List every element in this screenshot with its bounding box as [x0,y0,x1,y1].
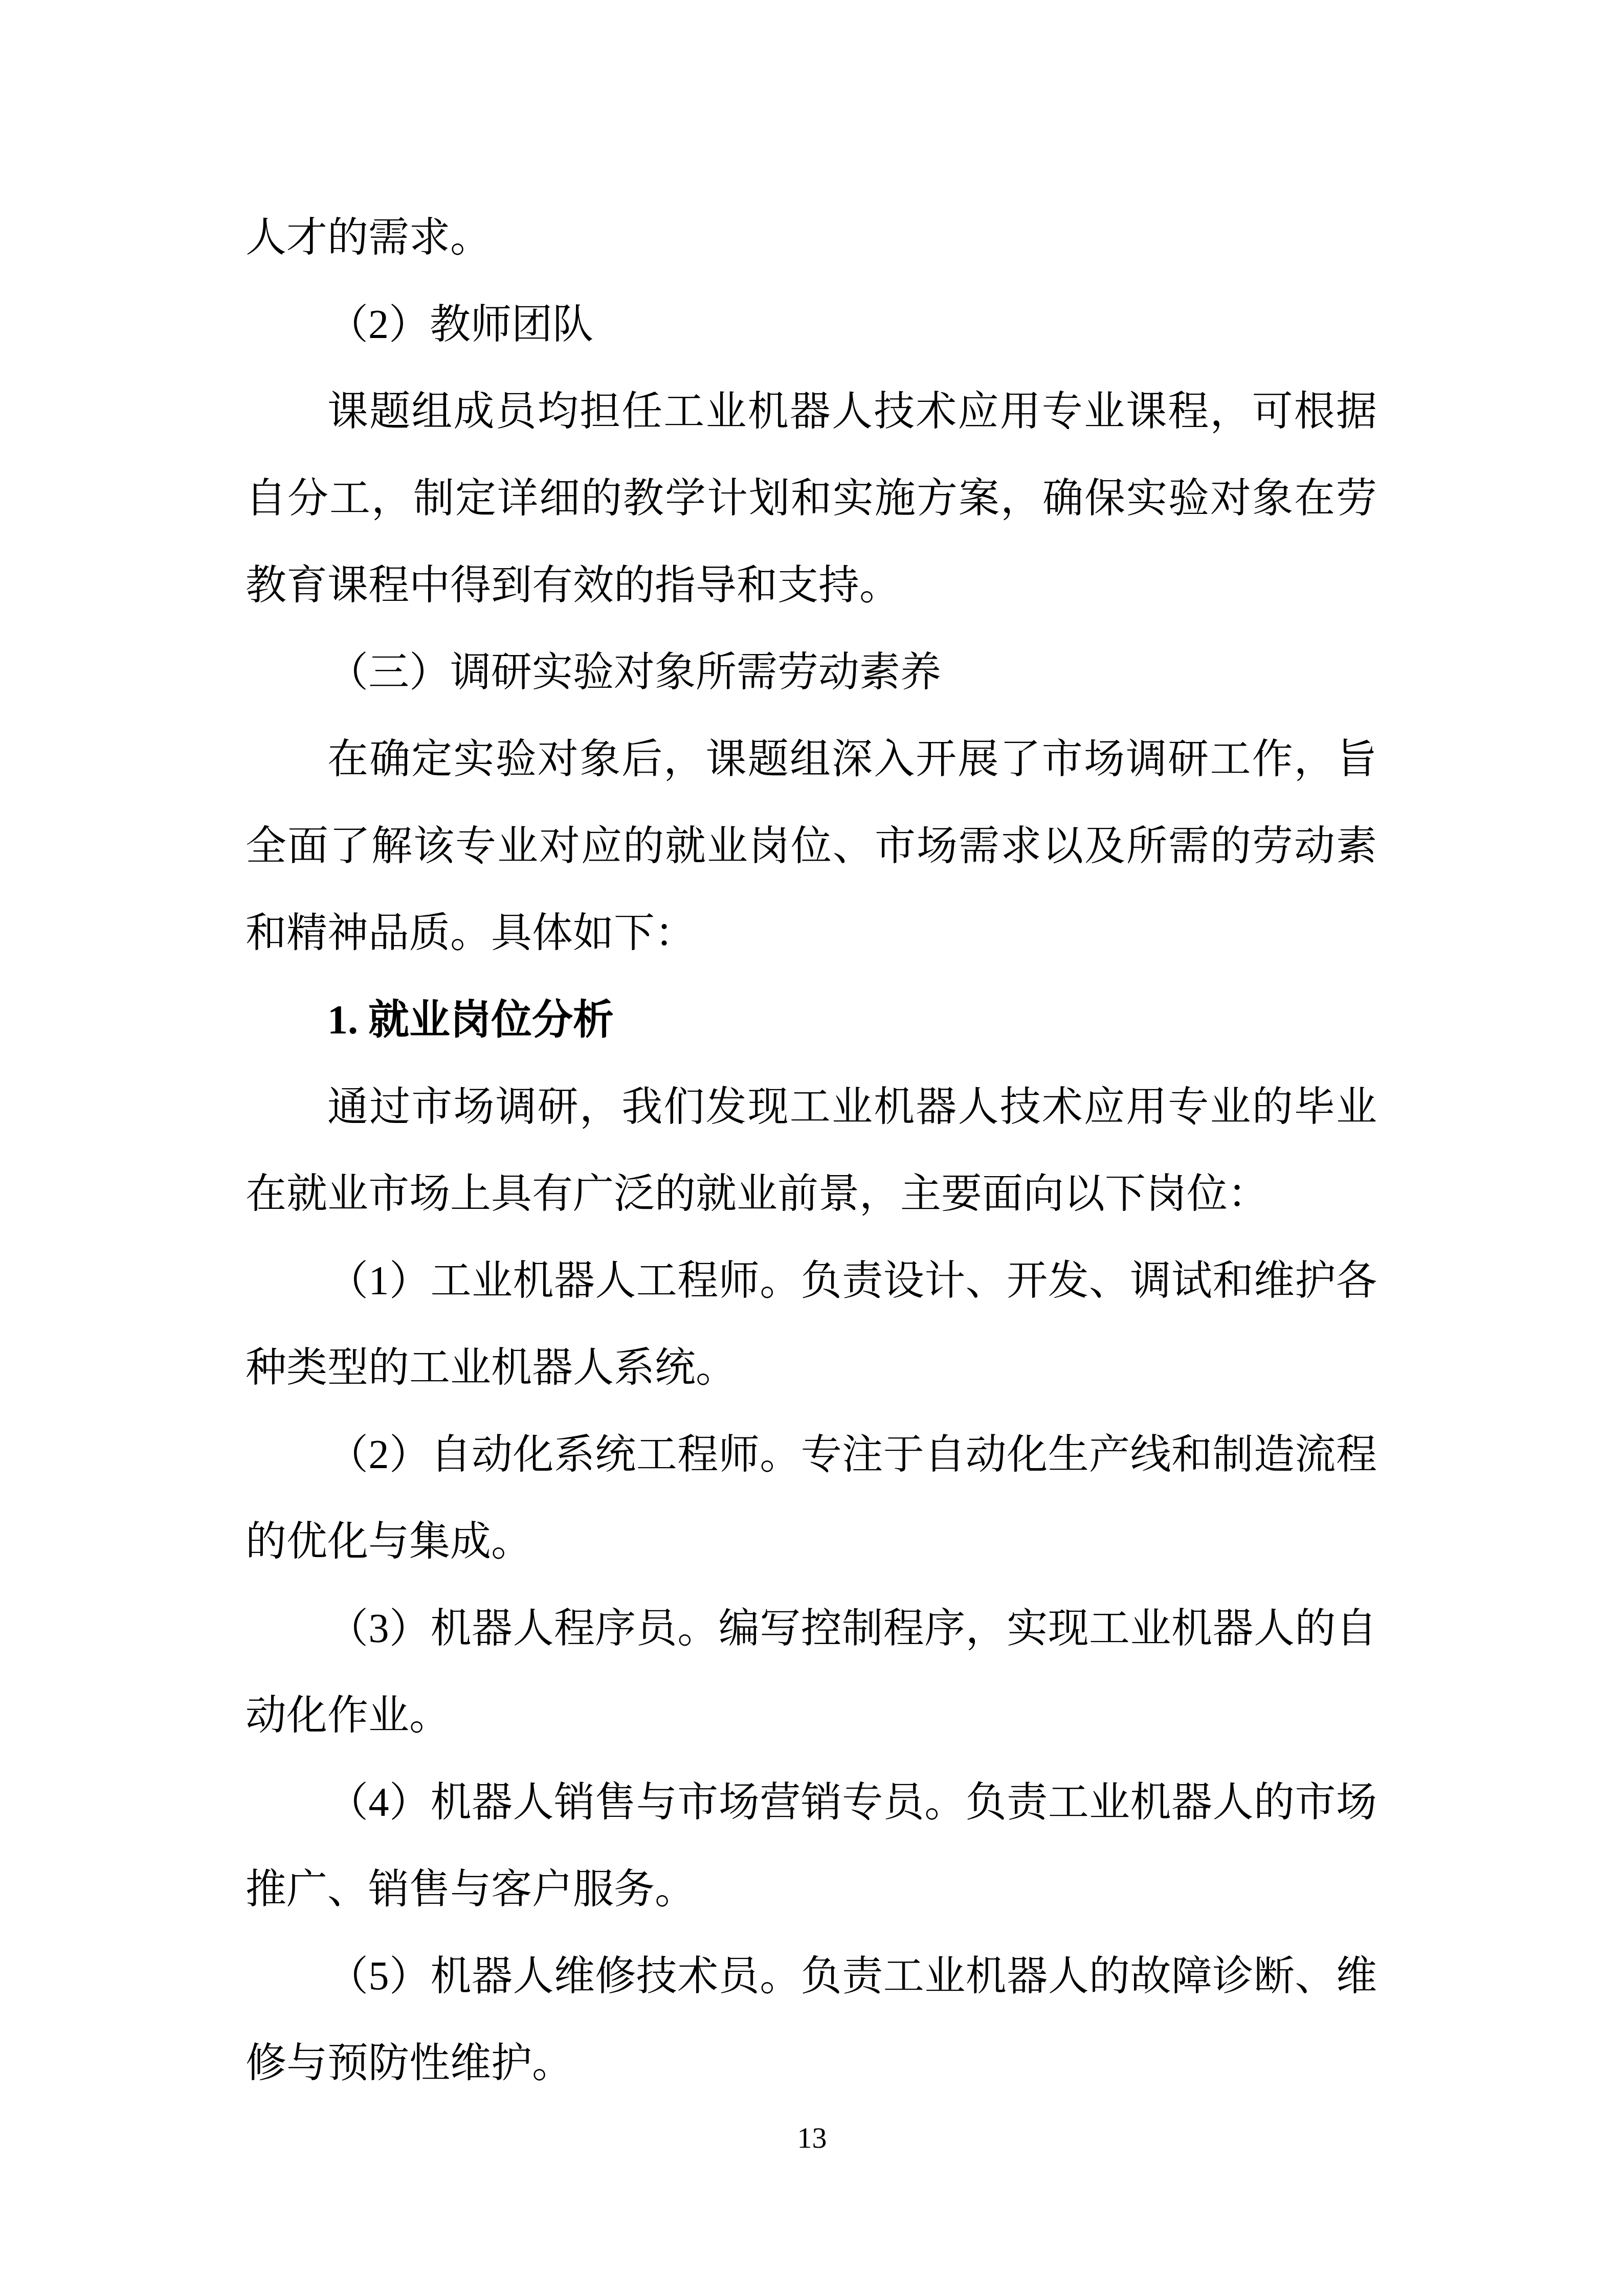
document-line: （5）机器人维修技术员。负责工业机器人的故障诊断、维 [246,1933,1377,2020]
document-line: 在确定实验对象后，课题组深入开展了市场调研工作，旨在 [246,716,1377,803]
document-line: 全面了解该专业对应的就业岗位、市场需求以及所需的劳动素养 [246,803,1377,890]
document-line: 的优化与集成。 [246,1498,1377,1585]
document-page: 人才的需求。 （2）教师团队 课题组成员均担任工业机器人技术应用专业课程，可根据… [0,0,1624,2296]
document-line: 人才的需求。 [246,194,1377,281]
document-line: 在就业市场上具有广泛的就业前景，主要面向以下岗位： [246,1151,1377,1237]
document-line: （1）工业机器人工程师。负责设计、开发、调试和维护各 [246,1237,1377,1324]
page-number: 13 [0,2120,1624,2156]
document-line: 自分工，制定详细的教学计划和实施方案，确保实验对象在劳动 [246,455,1377,542]
document-line: （4）机器人销售与市场营销专员。负责工业机器人的市场 [246,1759,1377,1846]
document-line: （2）自动化系统工程师。专注于自动化生产线和制造流程 [246,1411,1377,1498]
subsection-heading: 1. 就业岗位分析 [246,977,1377,1064]
document-line: （2）教师团队 [246,281,1377,368]
document-line: （3）机器人程序员。编写控制程序，实现工业机器人的自 [246,1585,1377,1672]
document-line: 动化作业。 [246,1672,1377,1759]
document-line: 修与预防性维护。 [246,2020,1377,2107]
section-heading: （三）调研实验对象所需劳动素养 [246,629,1377,716]
document-line: 和精神品质。具体如下： [246,890,1377,977]
document-body: 人才的需求。 （2）教师团队 课题组成员均担任工业机器人技术应用专业课程，可根据… [246,194,1377,2107]
document-line: 课题组成员均担任工业机器人技术应用专业课程，可根据各 [246,368,1377,455]
document-line: 教育课程中得到有效的指导和支持。 [246,542,1377,629]
document-line: 种类型的工业机器人系统。 [246,1324,1377,1411]
document-line: 推广、销售与客户服务。 [246,1846,1377,1933]
document-line: 通过市场调研，我们发现工业机器人技术应用专业的毕业生 [246,1064,1377,1151]
